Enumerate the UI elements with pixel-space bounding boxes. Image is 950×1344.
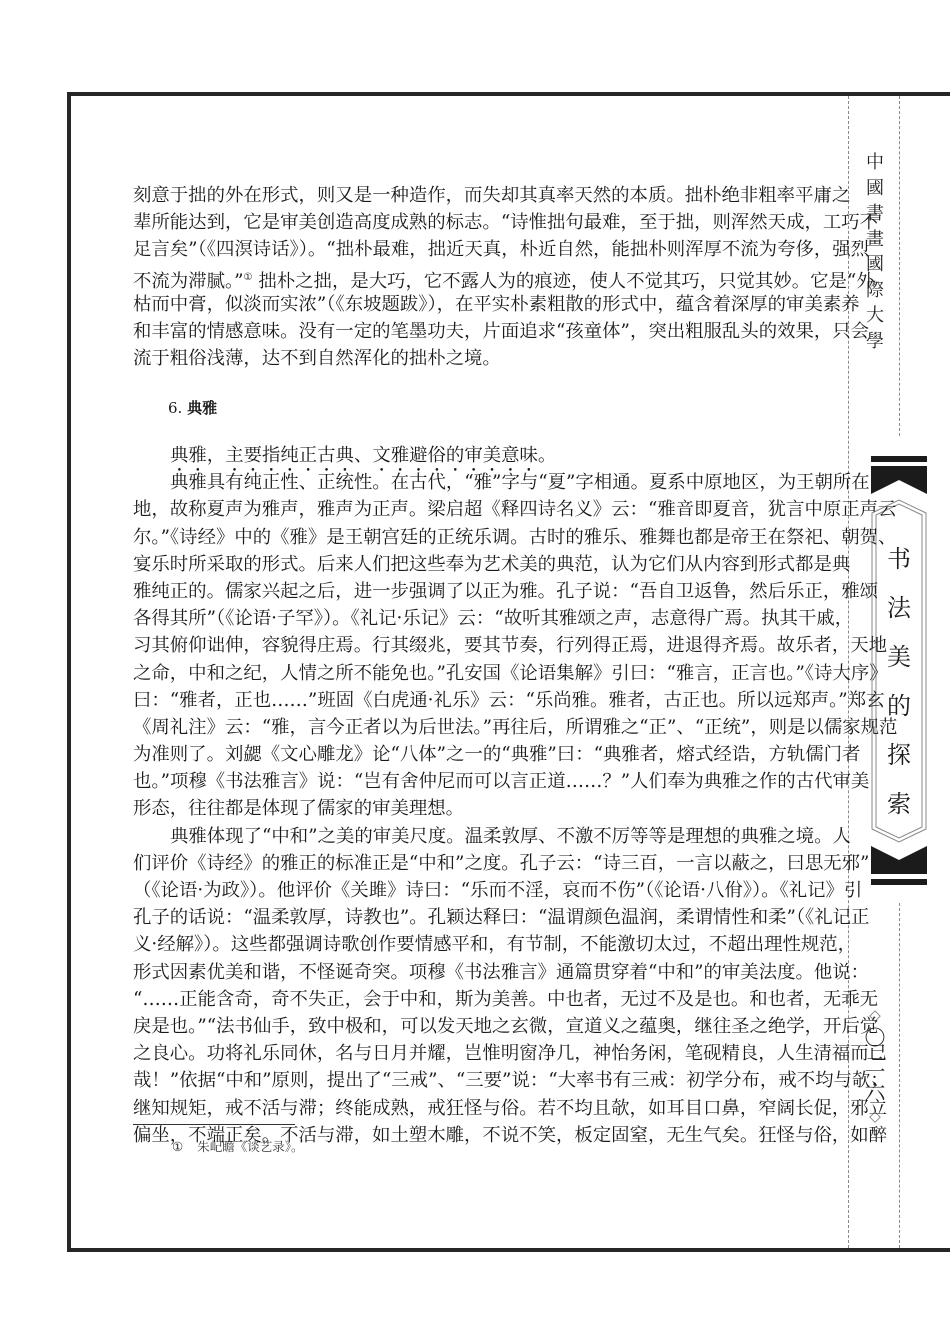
- text-line: 之良心。功将礼乐同休，名与日月并耀，岂惟明窗净几，神怡务闲，笔砚精良，人生清福而…: [133, 1040, 790, 1067]
- footnote-text: 朱屺瞻《谈艺录》。: [197, 1139, 303, 1154]
- footnote: ①朱屺瞻《谈艺录》。: [172, 1137, 303, 1155]
- text-line: 为准则了。刘勰《文心雕龙》论“八体”之一的“典雅”曰：“典雅者，熔式经诰，方轨儒…: [133, 741, 790, 768]
- text-line: 《周礼注》云：“雅，言今正者以为后世法。”再往后，所谓雅之“正”、“正统”，则是…: [133, 714, 790, 741]
- definition-line: 典雅，主要指纯正古典、文雅避俗的审美意味。: [133, 442, 790, 469]
- sidebar-center-line-bottom: [899, 903, 900, 1248]
- title-char: 法: [876, 584, 922, 633]
- school-char: 國: [862, 176, 888, 202]
- paragraph-purity: 典雅具有纯正性、正统性。在古代，“雅”字与“夏”字相通。夏系中原地区，为王朝所在…: [133, 469, 790, 822]
- text-line: 哉！”依据“中和”原则，提出了“三戒”、“三要”说：“大率书有三戒：初学分布，戒…: [133, 1067, 790, 1094]
- text-line: 戾是也。”“法书仙手，致中极和，可以发天地之玄微，宣道义之蕴奥，继往圣之绝学，开…: [133, 1013, 790, 1040]
- text-line: 地，故称夏声为雅声，雅声为正声。梁启超《释四诗名义》云：“雅音即夏音，犹言中原正…: [133, 496, 790, 523]
- text-line: 典雅具有纯正性、正统性。在古代，“雅”字与“夏”字相通。夏系中原地区，为王朝所在: [133, 469, 790, 496]
- text-line: 和丰富的情感意味。没有一定的笔墨功夫，片面追求“孩童体”，突出粗服乱头的效果，只…: [133, 318, 790, 345]
- section-number: 6.: [168, 399, 182, 417]
- paragraph-continued: 刻意于拙的外在形式，则又是一种造作，而失却其真率天然的本质。拙朴绝非粗率平庸之 …: [133, 182, 790, 372]
- main-text-section: 典雅，主要指纯正古典、文雅避俗的审美意味。 典雅具有纯正性、正统性。在古代，“雅…: [133, 442, 790, 1149]
- text-line: 义·经解》）。这些都强调诗歌创作要情感平和，有节制，不能激切太过，不超出理性规范…: [133, 931, 790, 958]
- punctuation: 。: [538, 445, 556, 466]
- text-line: 形态，往往都是体现了儒家的审美理想。: [133, 795, 790, 822]
- emphasized-text: 主要指纯正古典: [225, 445, 354, 466]
- banner-top-bar: [871, 456, 927, 462]
- emphasized-text: 典雅: [170, 445, 207, 466]
- text-line: 辈所能达到，它是审美创造高度成熟的标志。“诗惟拙句最难，至于拙，则浑然天成，工巧…: [133, 209, 790, 236]
- school-char: 中: [862, 150, 888, 176]
- text-line: 典雅体现了“中和”之美的审美尺度。温柔敦厚、不激不厉等等是理想的典雅之境。人: [133, 823, 790, 850]
- page-frame-bottom-border: [67, 1248, 950, 1252]
- main-text: 刻意于拙的外在形式，则又是一种造作，而失却其真率天然的本质。拙朴绝非粗率平庸之 …: [133, 182, 790, 372]
- section-title: 典雅: [187, 399, 217, 417]
- text-line: 枯而中膏，似淡而实浓”（《东坡题跋》），在平实朴素粗散的形式中，蕴含着深厚的审美…: [133, 291, 790, 318]
- footnote-divider: [133, 1124, 295, 1125]
- text-line: 流于粗俗浅薄，达不到自然浑化的拙朴之境。: [133, 345, 790, 372]
- punctuation: 、: [354, 445, 372, 466]
- text-line: 雅纯正的。儒家兴起之后，进一步强调了以正为雅。孔子说：“吾自卫返鲁，然后乐正，雅…: [133, 578, 790, 605]
- banner-top-chevron-icon: [871, 466, 927, 498]
- punctuation: ，: [207, 445, 225, 466]
- text-fragment: 不流为滞腻。”: [133, 271, 244, 292]
- text-line: 继知规矩，戒不活与滞；终能成熟，戒狂怪与俗。若不均且欹，如耳目口鼻，窄阔长促，邪…: [133, 1095, 790, 1122]
- text-line: 也。”项穆《书法雅言》说：“岂有舍仲尼而可以言正道……？”人们奉为典雅之作的古代…: [133, 768, 790, 795]
- text-fragment: 拙朴之拙，是大巧，它不露人为的痕迹，使人不觉其巧，只觉其妙。它是“外: [258, 271, 874, 292]
- text-line: 刻意于拙的外在形式，则又是一种造作，而失却其真率天然的本质。拙朴绝非粗率平庸之: [133, 182, 790, 209]
- text-line: （《论语·为政》）。他评价《关雎》诗曰：“乐而不淫，哀而不伤”（《论语·八佾》）…: [133, 877, 790, 904]
- banner-bottom-bar: [871, 879, 927, 885]
- text-line: 各得其所”（《论语·子罕》）。《礼记·乐记》云：“故听其雅颂之声，志意得广焉。执…: [133, 605, 790, 632]
- text-line: 形式因素优美和谐，不怪诞奇突。项穆《书法雅言》通篇贯穿着“中和”的审美法度。他说…: [133, 959, 790, 986]
- text-line: 曰：“雅者，正也……”班固《白虎通·礼乐》云：“乐尚雅。雅者，古正也。所以远郑声…: [133, 687, 790, 714]
- title-char: 索: [876, 780, 922, 829]
- title-char: 探: [876, 731, 922, 780]
- text-line: 不流为滞腻。”① 拙朴之拙，是大巧，它不露人为的痕迹，使人不觉其巧，只觉其妙。它…: [133, 264, 790, 291]
- text-line: 足言矣”（《四溟诗话》）。“拙朴最难，拙近天真，朴近自然，能拙朴则浑厚不流为夸侈…: [133, 236, 790, 263]
- emphasized-text: 文雅避俗的审美意味: [372, 445, 538, 466]
- section-heading: 6. 典雅: [168, 398, 217, 418]
- paragraph-harmony: 典雅体现了“中和”之美的审美尺度。温柔敦厚、不激不厉等等是理想的典雅之境。人 们…: [133, 823, 790, 1149]
- text-line: “……正能含奇，奇不失正，会于中和，斯为美善。中也者，无过不及是也。和也者，无乖…: [133, 986, 790, 1013]
- page-frame-left-border: [67, 92, 71, 1252]
- text-line: 宴乐时所采取的形式。后来人们把这些奉为艺术美的典范，认为它们从内容到形式都是典: [133, 551, 790, 578]
- text-line: 习其俯仰诎伸，容貌得庄焉。行其缀兆，要其节奏，行列得正焉，进退得齐焉。故乐者，天…: [133, 632, 790, 659]
- text-line: 尔。”《诗经》中的《雅》是王朝宫廷的正统乐调。古时的雅乐、雅舞也都是帝王在祭祀、…: [133, 524, 790, 551]
- footnote-mark: ①: [172, 1139, 183, 1154]
- footnote-reference: ①: [244, 272, 253, 283]
- text-line: 们评价《诗经》的雅正的标准正是“中和”之度。孔子云：“诗三百，一言以蔽之，曰思无…: [133, 850, 790, 877]
- text-line: 之命，中和之纪，人情之所不能免也。”孔安国《论语集解》引曰：“雅言，正言也。”《…: [133, 660, 790, 687]
- banner-bottom-chevron-icon: [871, 842, 927, 874]
- sidebar-center-line-top: [899, 96, 900, 436]
- page-frame-top-border: [67, 92, 950, 96]
- text-line: 孔子的话说：“温柔敦厚，诗教也”。孔颖达释曰：“温谓颜色温润，柔谓情性和柔”（《…: [133, 904, 790, 931]
